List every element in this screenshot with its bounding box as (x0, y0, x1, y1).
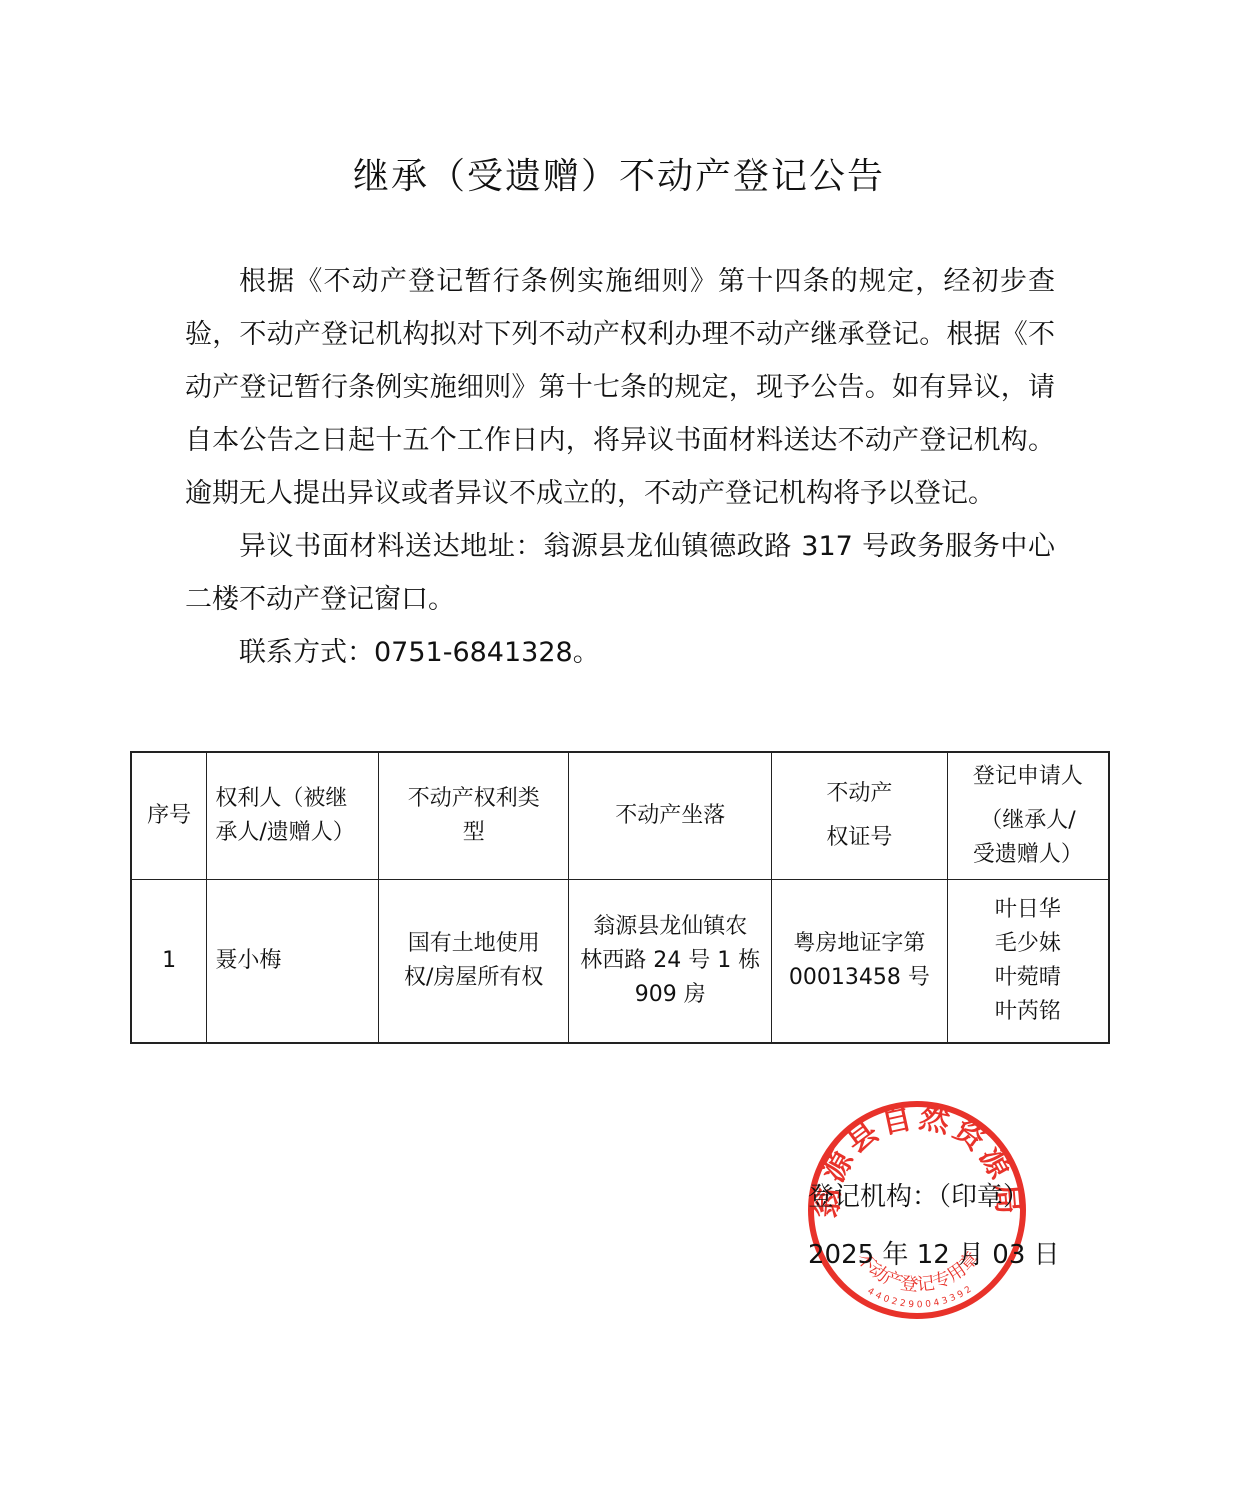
address-paragraph: 异议书面材料送达地址：翁源县龙仙镇德政路 317 号政务服务中心二楼不动产登记窗… (185, 520, 1055, 626)
cert-line1: 粤房地证字第 (780, 927, 939, 961)
notice-paragraph: 根据《不动产登记暂行条例实施细则》第十四条的规定，经初步查验，不动产登记机构拟对… (185, 255, 1055, 520)
table-row: 1 聂小梅 国有土地使用 权/房屋所有权 翁源县龙仙镇农 林西路 24 号 1 … (131, 880, 1109, 1044)
signature-block: 登记机构：（印章） 2025 年 12 月 03 日 (808, 1168, 1060, 1284)
header-right-type: 不动产权利类 型 (378, 752, 569, 880)
document-title: 继承（受遗赠）不动产登记公告 (0, 148, 1238, 199)
header-owner-line2: 承人/遗赠人） (215, 816, 370, 850)
cert-line2: 00013458 号 (780, 961, 939, 995)
right-type-line2: 权/房屋所有权 (387, 961, 561, 995)
location-line2: 林西路 24 号 1 栋 (577, 944, 763, 978)
contact-paragraph: 联系方式：0751-6841328。 (185, 626, 1055, 679)
cell-cert-no: 粤房地证字第 00013458 号 (771, 880, 947, 1044)
table-header-row: 序号 权利人（被继 承人/遗赠人） 不动产权利类 型 不动产坐落 不动产 权证号… (131, 752, 1109, 880)
header-cert-line1: 不动产 (780, 777, 939, 811)
cell-location: 翁源县龙仙镇农 林西路 24 号 1 栋 909 房 (569, 880, 772, 1044)
applicant-name: 叶菀晴 (956, 961, 1100, 995)
location-line3: 909 房 (577, 978, 763, 1012)
cell-right-type: 国有土地使用 权/房屋所有权 (378, 880, 569, 1044)
applicant-name: 叶日华 (956, 893, 1100, 927)
header-owner-line1: 权利人（被继 (215, 782, 370, 816)
header-right-type-line1: 不动产权利类 (387, 782, 561, 816)
header-index: 序号 (131, 752, 207, 880)
cell-owner: 聂小梅 (207, 880, 379, 1044)
header-applicant-line1: 登记申请人 (956, 760, 1100, 794)
registration-agency: 登记机构：（印章） (808, 1168, 1060, 1226)
applicant-name: 叶芮铭 (956, 995, 1100, 1029)
header-applicant-line3: 受遗赠人） (956, 838, 1100, 872)
header-applicant: 登记申请人 （继承人/ 受遗赠人） (947, 752, 1109, 880)
header-right-type-line2: 型 (387, 816, 561, 850)
registration-table: 序号 权利人（被继 承人/遗赠人） 不动产权利类 型 不动产坐落 不动产 权证号… (130, 751, 1110, 1044)
location-line1: 翁源县龙仙镇农 (577, 910, 763, 944)
header-cert-line2: 权证号 (780, 821, 939, 855)
header-owner: 权利人（被继 承人/遗赠人） (207, 752, 379, 880)
cell-index: 1 (131, 880, 207, 1044)
right-type-line1: 国有土地使用 (387, 927, 561, 961)
applicant-name: 毛少妹 (956, 927, 1100, 961)
notice-date: 2025 年 12 月 03 日 (808, 1226, 1060, 1284)
header-applicant-line2: （继承人/ (956, 804, 1100, 838)
header-location: 不动产坐落 (569, 752, 772, 880)
header-cert-no: 不动产 权证号 (771, 752, 947, 880)
cell-applicants: 叶日华 毛少妹 叶菀晴 叶芮铭 (947, 880, 1109, 1044)
